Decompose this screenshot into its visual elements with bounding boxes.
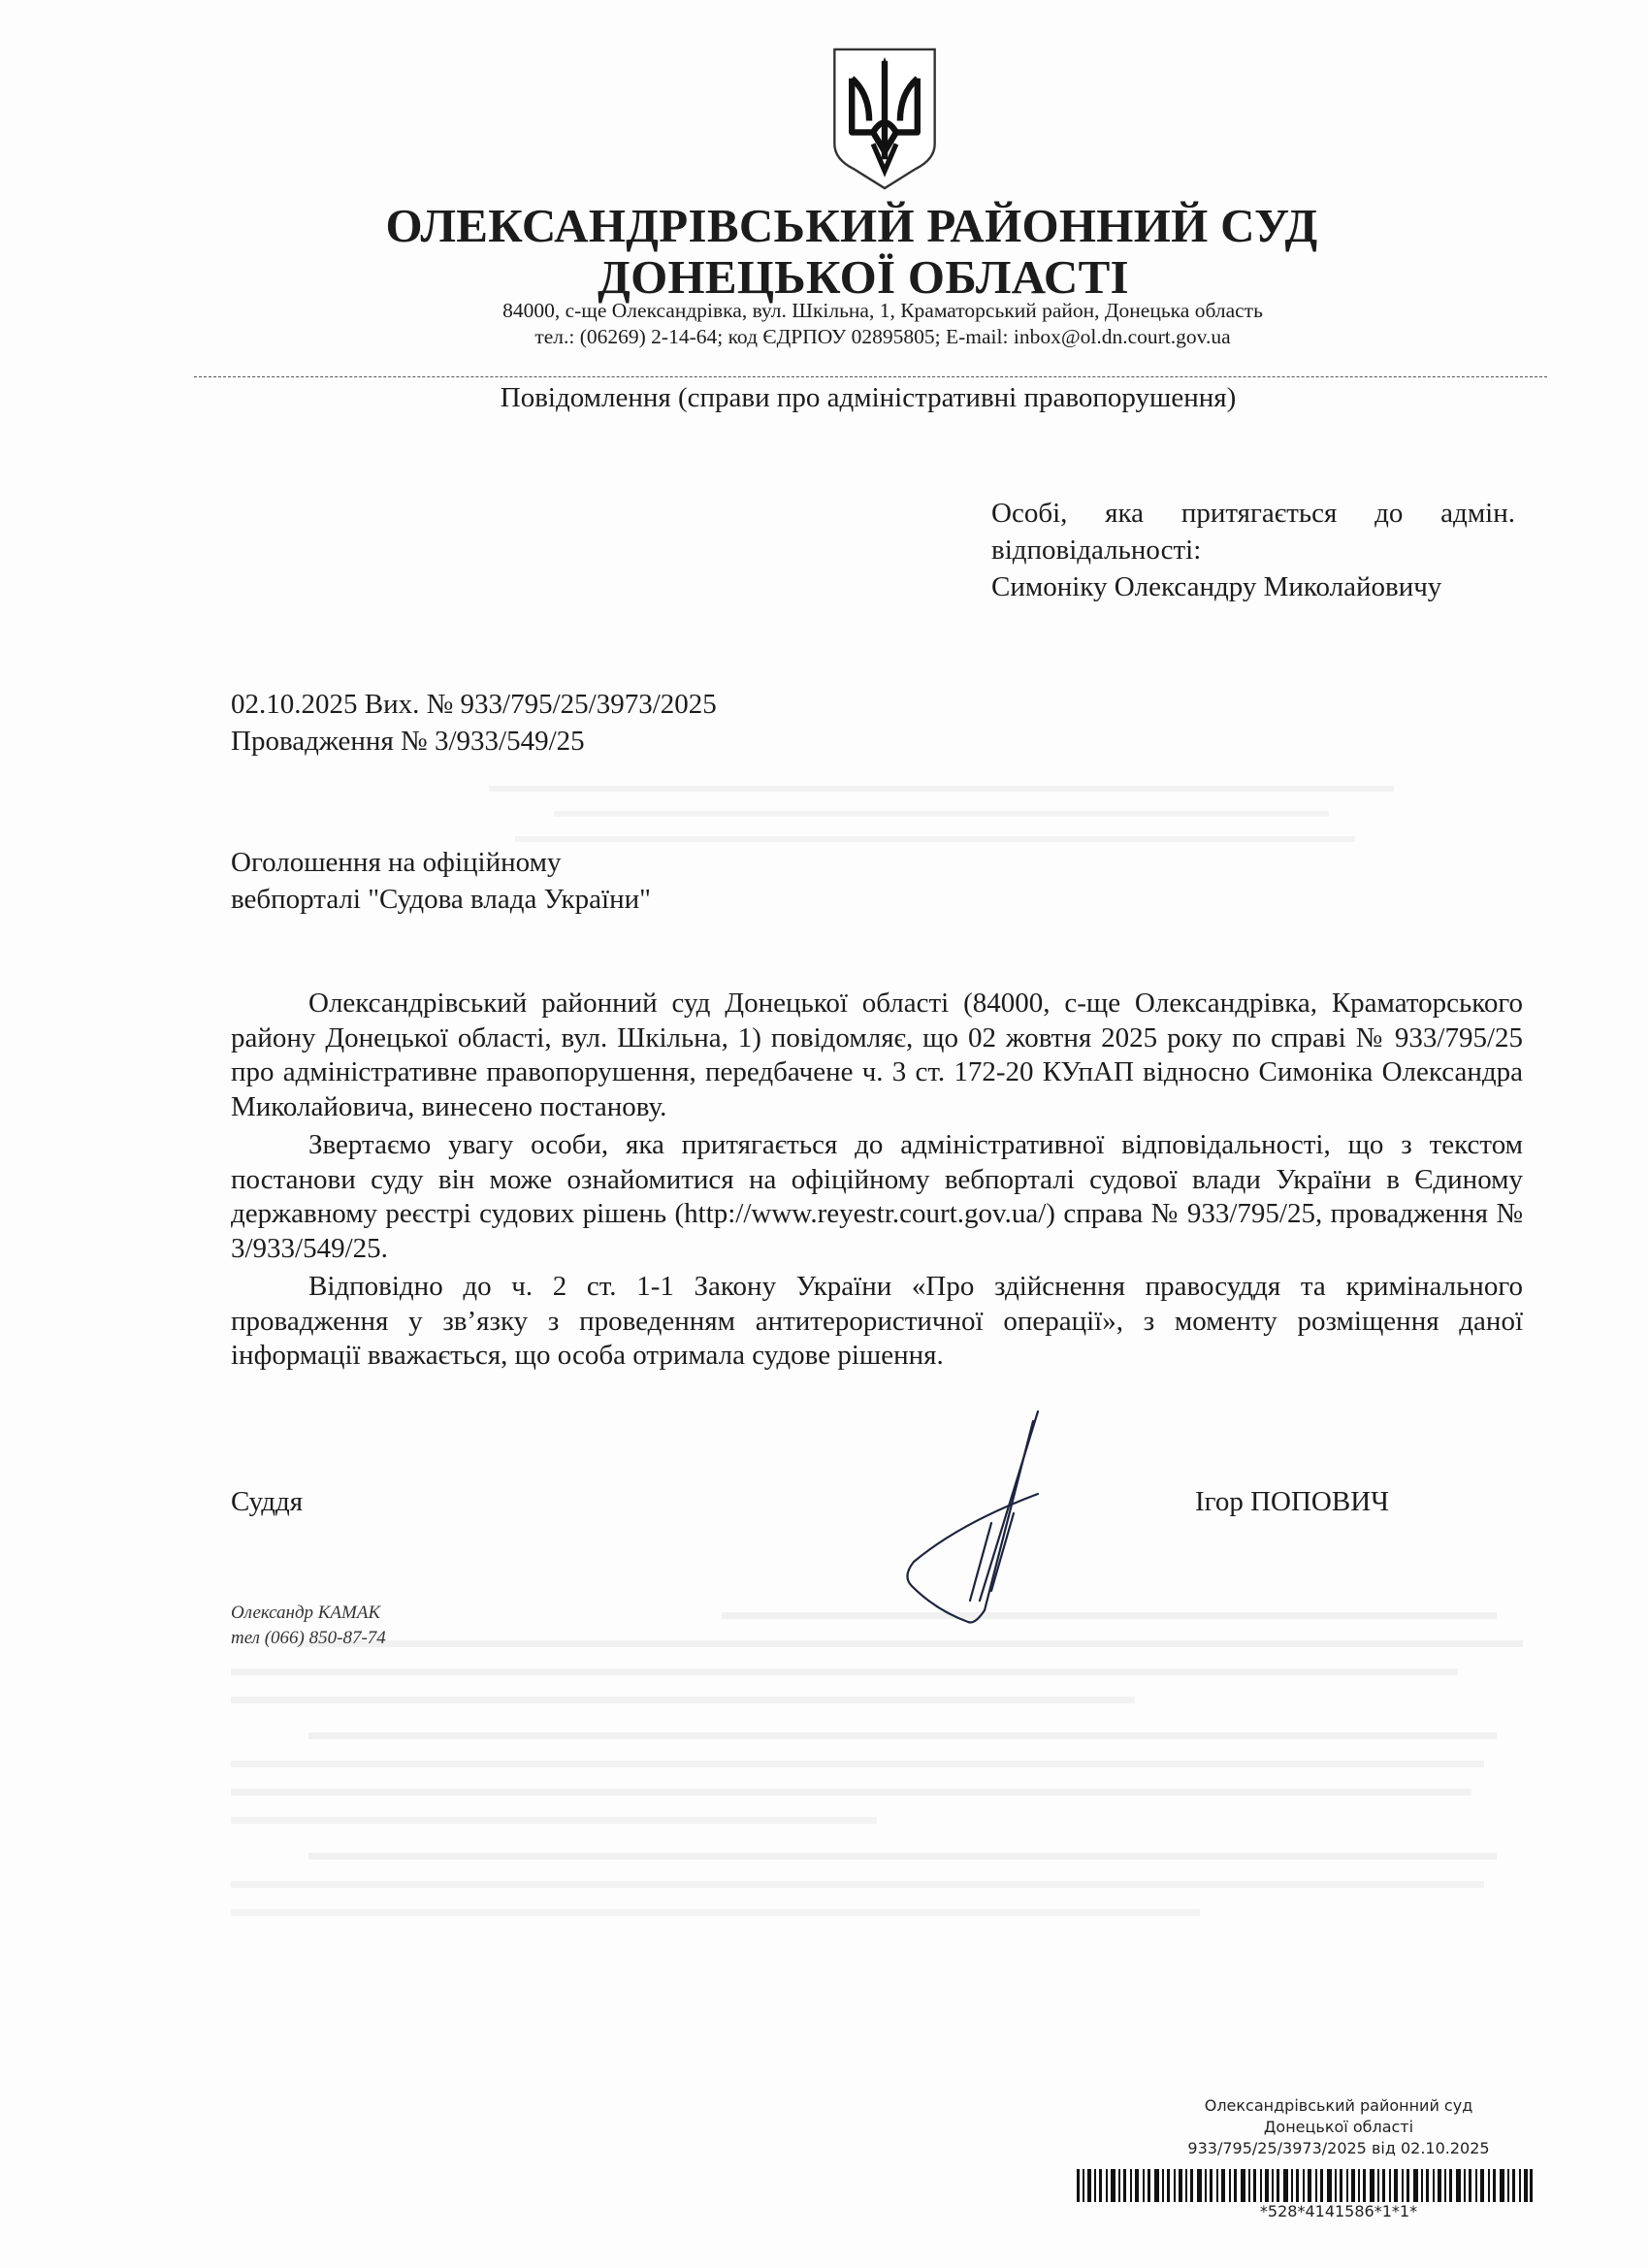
announcement-line1: Оголошення на офіційному bbox=[231, 844, 651, 881]
announcement-block: Оголошення на офіційному вебпорталі "Суд… bbox=[231, 844, 651, 918]
header-divider bbox=[194, 376, 1547, 377]
coat-of-arms-icon bbox=[826, 44, 943, 194]
addressee-name: Симоніку Олександру Миколайовичу bbox=[991, 568, 1515, 605]
show-through-text bbox=[231, 766, 1523, 842]
barcode-number: *528*4141586*1*1* bbox=[1135, 2202, 1542, 2220]
court-name-line2: ДОНЕЦЬКОЇ ОБЛАСТІ bbox=[39, 250, 1649, 305]
barcode-icon bbox=[1077, 2169, 1533, 2202]
notice-heading: Повідомлення (справи про адміністративні… bbox=[44, 381, 1649, 414]
stamp-region: Донецької області bbox=[1135, 2117, 1542, 2138]
addressee-line1: Особі, яка притягається до адмін. bbox=[991, 495, 1515, 532]
executor-block: Олександр КАМАК тел (066) 850-87-74 bbox=[231, 1601, 386, 1651]
handwritten-signature-icon bbox=[737, 1407, 1086, 1659]
notice-body: Олександрівський районний суд Донецької … bbox=[231, 987, 1523, 1377]
stamp-number: 933/795/25/3973/2025 від 02.10.2025 bbox=[1135, 2138, 1542, 2159]
judge-role: Суддя bbox=[231, 1486, 303, 1518]
body-paragraph: Відповідно до ч. 2 ст. 1-1 Закону Україн… bbox=[231, 1270, 1523, 1374]
executor-phone: тел (066) 850-87-74 bbox=[231, 1626, 386, 1651]
executor-name: Олександр КАМАК bbox=[231, 1601, 386, 1626]
judge-name: Ігор ПОПОВИЧ bbox=[1195, 1486, 1389, 1518]
court-address: 84000, с-ще Олександрівка, вул. Шкільна,… bbox=[58, 298, 1649, 323]
body-paragraph: Звертаємо увагу особи, яка притягається … bbox=[231, 1128, 1523, 1266]
court-name-line1: ОЛЕКСАНДРІВСЬКИЙ РАЙОННИЙ СУД bbox=[27, 199, 1649, 253]
court-contacts: тел.: (06269) 2-14-64; код ЄДРПОУ 028958… bbox=[58, 324, 1649, 349]
proceeding-number: Провадження № 3/933/549/25 bbox=[231, 723, 717, 760]
outgoing-number: 02.10.2025 Вих. № 933/795/25/3973/2025 bbox=[231, 686, 717, 723]
registration-stamp: Олександрівський районний суд Донецької … bbox=[1135, 2095, 1542, 2159]
announcement-line2: вебпорталі "Судова влада України" bbox=[231, 881, 651, 918]
addressee-block: Особі, яка притягається до адмін. відпов… bbox=[991, 495, 1515, 605]
body-paragraph: Олександрівський районний суд Донецької … bbox=[231, 987, 1523, 1124]
stamp-court: Олександрівський районний суд bbox=[1135, 2095, 1542, 2117]
addressee-line2: відповідальності: bbox=[991, 532, 1515, 568]
reference-block: 02.10.2025 Вих. № 933/795/25/3973/2025 П… bbox=[231, 686, 717, 760]
